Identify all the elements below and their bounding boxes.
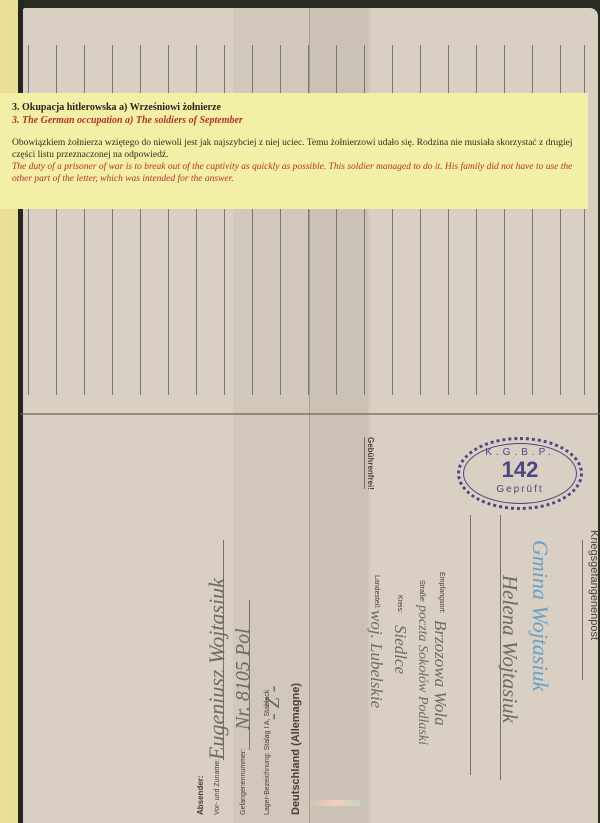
fee-underline (364, 437, 365, 489)
camp-mark: - Z - (262, 686, 285, 720)
stamp-number: 142 (460, 457, 580, 483)
caption-title-polish: 3. Okupacja hitlerowska a) Wrześniowi żo… (12, 101, 576, 114)
street-value: poczta Sokołów Podlaski (414, 605, 430, 745)
street-label: Straße: (418, 580, 425, 603)
recipient-line-1: Gmina Wojtasiuk (527, 540, 553, 691)
horizontal-fold (20, 413, 600, 415)
country-label: Deutschland (Allemagne) (290, 683, 302, 815)
place-value: Brzozowa Wola (430, 620, 450, 726)
land-label: Landesteil: (373, 575, 380, 609)
caption-title-english: 3. The German occupation a) The soldiers… (12, 114, 576, 127)
pow-number-value: Nr. 8105 Pol (232, 628, 255, 730)
header-rule (582, 540, 583, 680)
land-value: woj. Lubelskie (366, 610, 386, 708)
censor-stamp: K.G.B.P. 142 Geprüft (457, 437, 583, 510)
caption-body-polish: Obowiązkiem żołnierza wziętego do niewol… (12, 137, 576, 161)
name-value: Eugeniusz Wojtasiuk (204, 578, 230, 760)
absender-label: Absender: (196, 775, 205, 815)
light-glare (310, 800, 360, 806)
recipient-line-2: Helena Wojtasiuk (497, 575, 522, 723)
recipient-line-2-rule (470, 515, 471, 775)
place-label: Empfangsort: (438, 572, 445, 614)
caption-body-english: The duty of a prisoner of war is to brea… (12, 161, 576, 185)
pow-number-label: Gefangenennummer: (240, 749, 247, 815)
district-value: Siedlce (390, 625, 410, 674)
name-label: Vor- und Zuname: (214, 759, 221, 815)
caption-box: 3. Okupacja hitlerowska a) Wrześniowi żo… (0, 93, 588, 209)
stamp-bottom-text: Geprüft (460, 484, 580, 495)
fee-free-label: Gebührenfrei! (366, 437, 375, 490)
district-label: Kreis: (396, 595, 403, 613)
kriegsgefangenenpost-header: Kriegsgefangenenpost (588, 530, 600, 640)
